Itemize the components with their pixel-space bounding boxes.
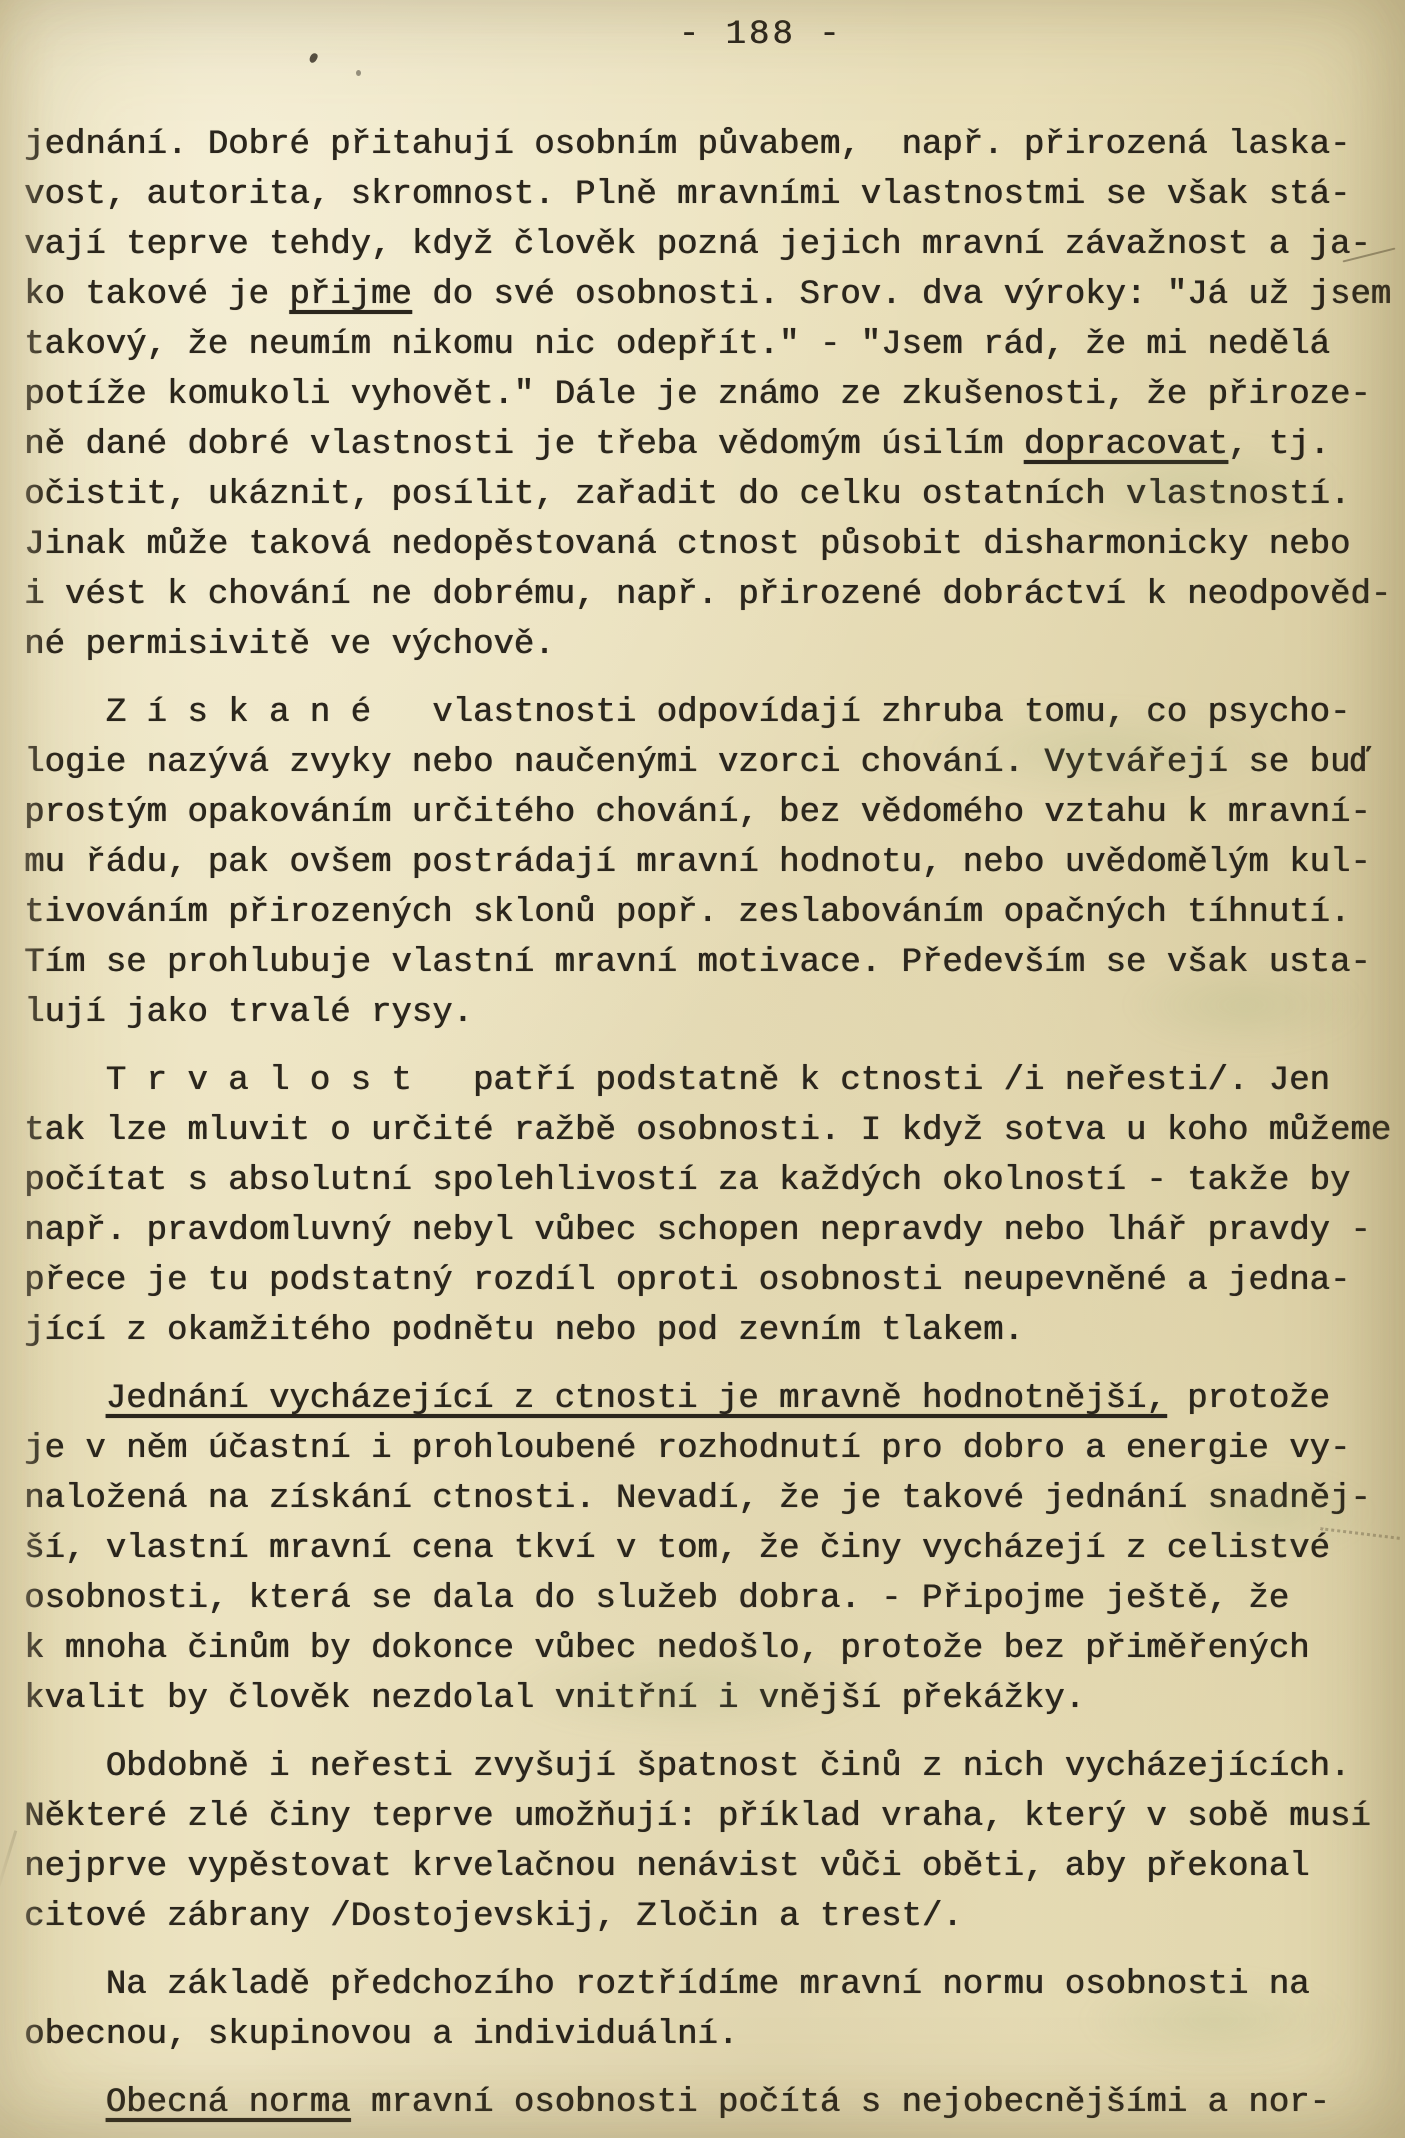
text-line: počítat s absolutní spolehlivostí za kaž… — [24, 1156, 1401, 1206]
text-line: vají teprve tehdy, když člověk pozná jej… — [24, 220, 1401, 270]
text-run: Na základě předchozího roztřídíme mravní… — [24, 1966, 1309, 2004]
text-line: Z í s k a n é vlastnosti odpovídají zhru… — [24, 688, 1401, 738]
text-line: Jinak může taková nedopěstovaná ctnost p… — [24, 520, 1401, 570]
text-line: ko takové je přijme do své osobnosti. Sr… — [24, 270, 1401, 320]
text-run: osobnosti, která se dala do služeb dobra… — [24, 1580, 1289, 1618]
page-number: - 188 - — [58, 16, 1405, 54]
text-run: Z í s k a n é vlastnosti odpovídají zhru… — [24, 694, 1350, 732]
ink-speck — [356, 70, 361, 76]
underlined-text: dopracovat — [1024, 426, 1228, 464]
text-line: citové zábrany /Dostojevskij, Zločin a t… — [24, 1892, 1401, 1942]
text-line: ně dané dobré vlastnosti je třeba vědomý… — [24, 420, 1401, 470]
text-run: vají teprve tehdy, když člověk pozná jej… — [24, 226, 1371, 264]
text-run: ně dané dobré vlastnosti je třeba vědomý… — [24, 426, 1024, 464]
paragraph: Obdobně i neřesti zvyšují špatnost činů … — [24, 1742, 1401, 1942]
text-run: přece je tu podstatný rozdíl oproti osob… — [24, 1262, 1350, 1300]
text-run: T r v a l o s t patří podstatně k ctnost… — [24, 1062, 1330, 1100]
text-run: potíže komukoli vyhovět." Dále je známo … — [24, 376, 1371, 414]
text-line: Jednání vycházející z ctnosti je mravně … — [24, 1374, 1401, 1424]
text-run: ko takové je — [24, 276, 289, 314]
text-line: Na základě předchozího roztřídíme mravní… — [24, 1960, 1401, 2010]
text-line: i vést k chování ne dobrému, např. přiro… — [24, 570, 1401, 620]
text-line: přece je tu podstatný rozdíl oproti osob… — [24, 1256, 1401, 1306]
text-run: jící z okamžitého podnětu nebo pod zevní… — [24, 1312, 1024, 1350]
text-line: ší, vlastní mravní cena tkví v tom, že č… — [24, 1524, 1401, 1574]
text-run: vost, autorita, skromnost. Plně mravními… — [24, 176, 1350, 214]
text-run: tak lze mluvit o určité ražbě osobnosti.… — [24, 1112, 1391, 1150]
text-line: T r v a l o s t patří podstatně k ctnost… — [24, 1056, 1401, 1106]
text-run: je v něm účastní i prohloubené rozhodnut… — [24, 1430, 1350, 1468]
text-run: Obdobně i neřesti zvyšují špatnost činů … — [24, 1748, 1350, 1786]
text-run: Tím se prohlubuje vlastní mravní motivac… — [24, 944, 1371, 982]
text-run: tivováním přirozených sklonů popř. zesla… — [24, 894, 1350, 932]
text-run: mravní osobnosti počítá s nejobecnějšími… — [350, 2084, 1329, 2122]
text-run: i vést k chování ne dobrému, např. přiro… — [24, 576, 1391, 614]
text-run: Některé zlé činy teprve umožňují: příkla… — [24, 1798, 1371, 1836]
document-page: - 188 - jednání. Dobré přitahují osobním… — [0, 0, 1405, 2138]
text-run: logie nazývá zvyky nebo naučenými vzorci… — [24, 744, 1371, 782]
text-line: osobnosti, která se dala do služeb dobra… — [24, 1574, 1401, 1624]
text-line: kvalit by člověk nezdolal vnitřní i vněj… — [24, 1674, 1401, 1724]
text-line: lují jako trvalé rysy. — [24, 988, 1401, 1038]
paragraph: Na základě předchozího roztřídíme mravní… — [24, 1960, 1401, 2060]
text-line: Obdobně i neřesti zvyšují špatnost činů … — [24, 1742, 1401, 1792]
text-run: protože — [1167, 1380, 1330, 1418]
text-run: né permisivitě ve výchově. — [24, 626, 555, 664]
text-line: např. pravdomluvný nebyl vůbec schopen n… — [24, 1206, 1401, 1256]
text-run: prostým opakováním určitého chování, bez… — [24, 794, 1371, 832]
text-run: kvalit by člověk nezdolal vnitřní i vněj… — [24, 1680, 1085, 1718]
text-run — [24, 2084, 106, 2122]
text-line: vost, autorita, skromnost. Plně mravními… — [24, 170, 1401, 220]
text-run: , tj. — [1228, 426, 1330, 464]
text-line: očistit, ukáznit, posílit, zařadit do ce… — [24, 470, 1401, 520]
text-line: k mnoha činům by dokonce vůbec nedošlo, … — [24, 1624, 1401, 1674]
text-run: jednání. Dobré přitahují osobním půvabem… — [24, 126, 1350, 164]
text-line: jednání. Dobré přitahují osobním půvabem… — [24, 120, 1401, 170]
paragraph: Z í s k a n é vlastnosti odpovídají zhru… — [24, 688, 1401, 1038]
text-run: citové zábrany /Dostojevskij, Zločin a t… — [24, 1898, 963, 1936]
text-line: né permisivitě ve výchově. — [24, 620, 1401, 670]
paragraph: jednání. Dobré přitahují osobním půvabem… — [24, 120, 1401, 670]
paragraph: T r v a l o s t patří podstatně k ctnost… — [24, 1056, 1401, 1356]
text-run: nejprve vypěstovat krvelačnou nenávist v… — [24, 1848, 1309, 1886]
text-run: do své osobnosti. Srov. dva výroky: "Já … — [412, 276, 1391, 314]
paragraph: Jednání vycházející z ctnosti je mravně … — [24, 1374, 1401, 1724]
text-run: počítat s absolutní spolehlivostí za kaž… — [24, 1162, 1350, 1200]
underlined-text: přijme — [289, 276, 411, 314]
text-run: k mnoha činům by dokonce vůbec nedošlo, … — [24, 1630, 1309, 1668]
underlined-text: Jednání vycházející z ctnosti je mravně … — [106, 1380, 1167, 1418]
text-line: tak lze mluvit o určité ražbě osobnosti.… — [24, 1106, 1401, 1156]
text-run: ší, vlastní mravní cena tkví v tom, že č… — [24, 1530, 1330, 1568]
text-run: Jinak může taková nedopěstovaná ctnost p… — [24, 526, 1350, 564]
paper-crease — [0, 1830, 17, 1950]
text-run: naložená na získání ctnosti. Nevadí, že … — [24, 1480, 1371, 1518]
text-line: potíže komukoli vyhovět." Dále je známo … — [24, 370, 1401, 420]
text-line: nejprve vypěstovat krvelačnou nenávist v… — [24, 1842, 1401, 1892]
text-line: jící z okamžitého podnětu nebo pod zevní… — [24, 1306, 1401, 1356]
text-line: prostým opakováním určitého chování, bez… — [24, 788, 1401, 838]
text-line: naložená na získání ctnosti. Nevadí, že … — [24, 1474, 1401, 1524]
text-line: takový, že neumím nikomu nic odepřít." -… — [24, 320, 1401, 370]
underlined-text: Obecná norma — [106, 2084, 351, 2122]
text-line: obecnou, skupinovou a individuální. — [24, 2010, 1401, 2060]
document-body: jednání. Dobré přitahují osobním půvabem… — [24, 120, 1401, 2128]
text-line: Tím se prohlubuje vlastní mravní motivac… — [24, 938, 1401, 988]
text-run — [24, 1380, 106, 1418]
text-line: tivováním přirozených sklonů popř. zesla… — [24, 888, 1401, 938]
text-line: mu řádu, pak ovšem postrádají mravní hod… — [24, 838, 1401, 888]
text-line: Některé zlé činy teprve umožňují: příkla… — [24, 1792, 1401, 1842]
text-run: obecnou, skupinovou a individuální. — [24, 2016, 738, 2054]
text-run: takový, že neumím nikomu nic odepřít." -… — [24, 326, 1330, 364]
paragraph: Obecná norma mravní osobnosti počítá s n… — [24, 2078, 1401, 2128]
text-run: např. pravdomluvný nebyl vůbec schopen n… — [24, 1212, 1371, 1250]
text-run: mu řádu, pak ovšem postrádají mravní hod… — [24, 844, 1371, 882]
text-run: lují jako trvalé rysy. — [24, 994, 473, 1032]
text-line: Obecná norma mravní osobnosti počítá s n… — [24, 2078, 1401, 2128]
text-run: očistit, ukáznit, posílit, zařadit do ce… — [24, 476, 1350, 514]
text-line: logie nazývá zvyky nebo naučenými vzorci… — [24, 738, 1401, 788]
text-line: je v něm účastní i prohloubené rozhodnut… — [24, 1424, 1401, 1474]
